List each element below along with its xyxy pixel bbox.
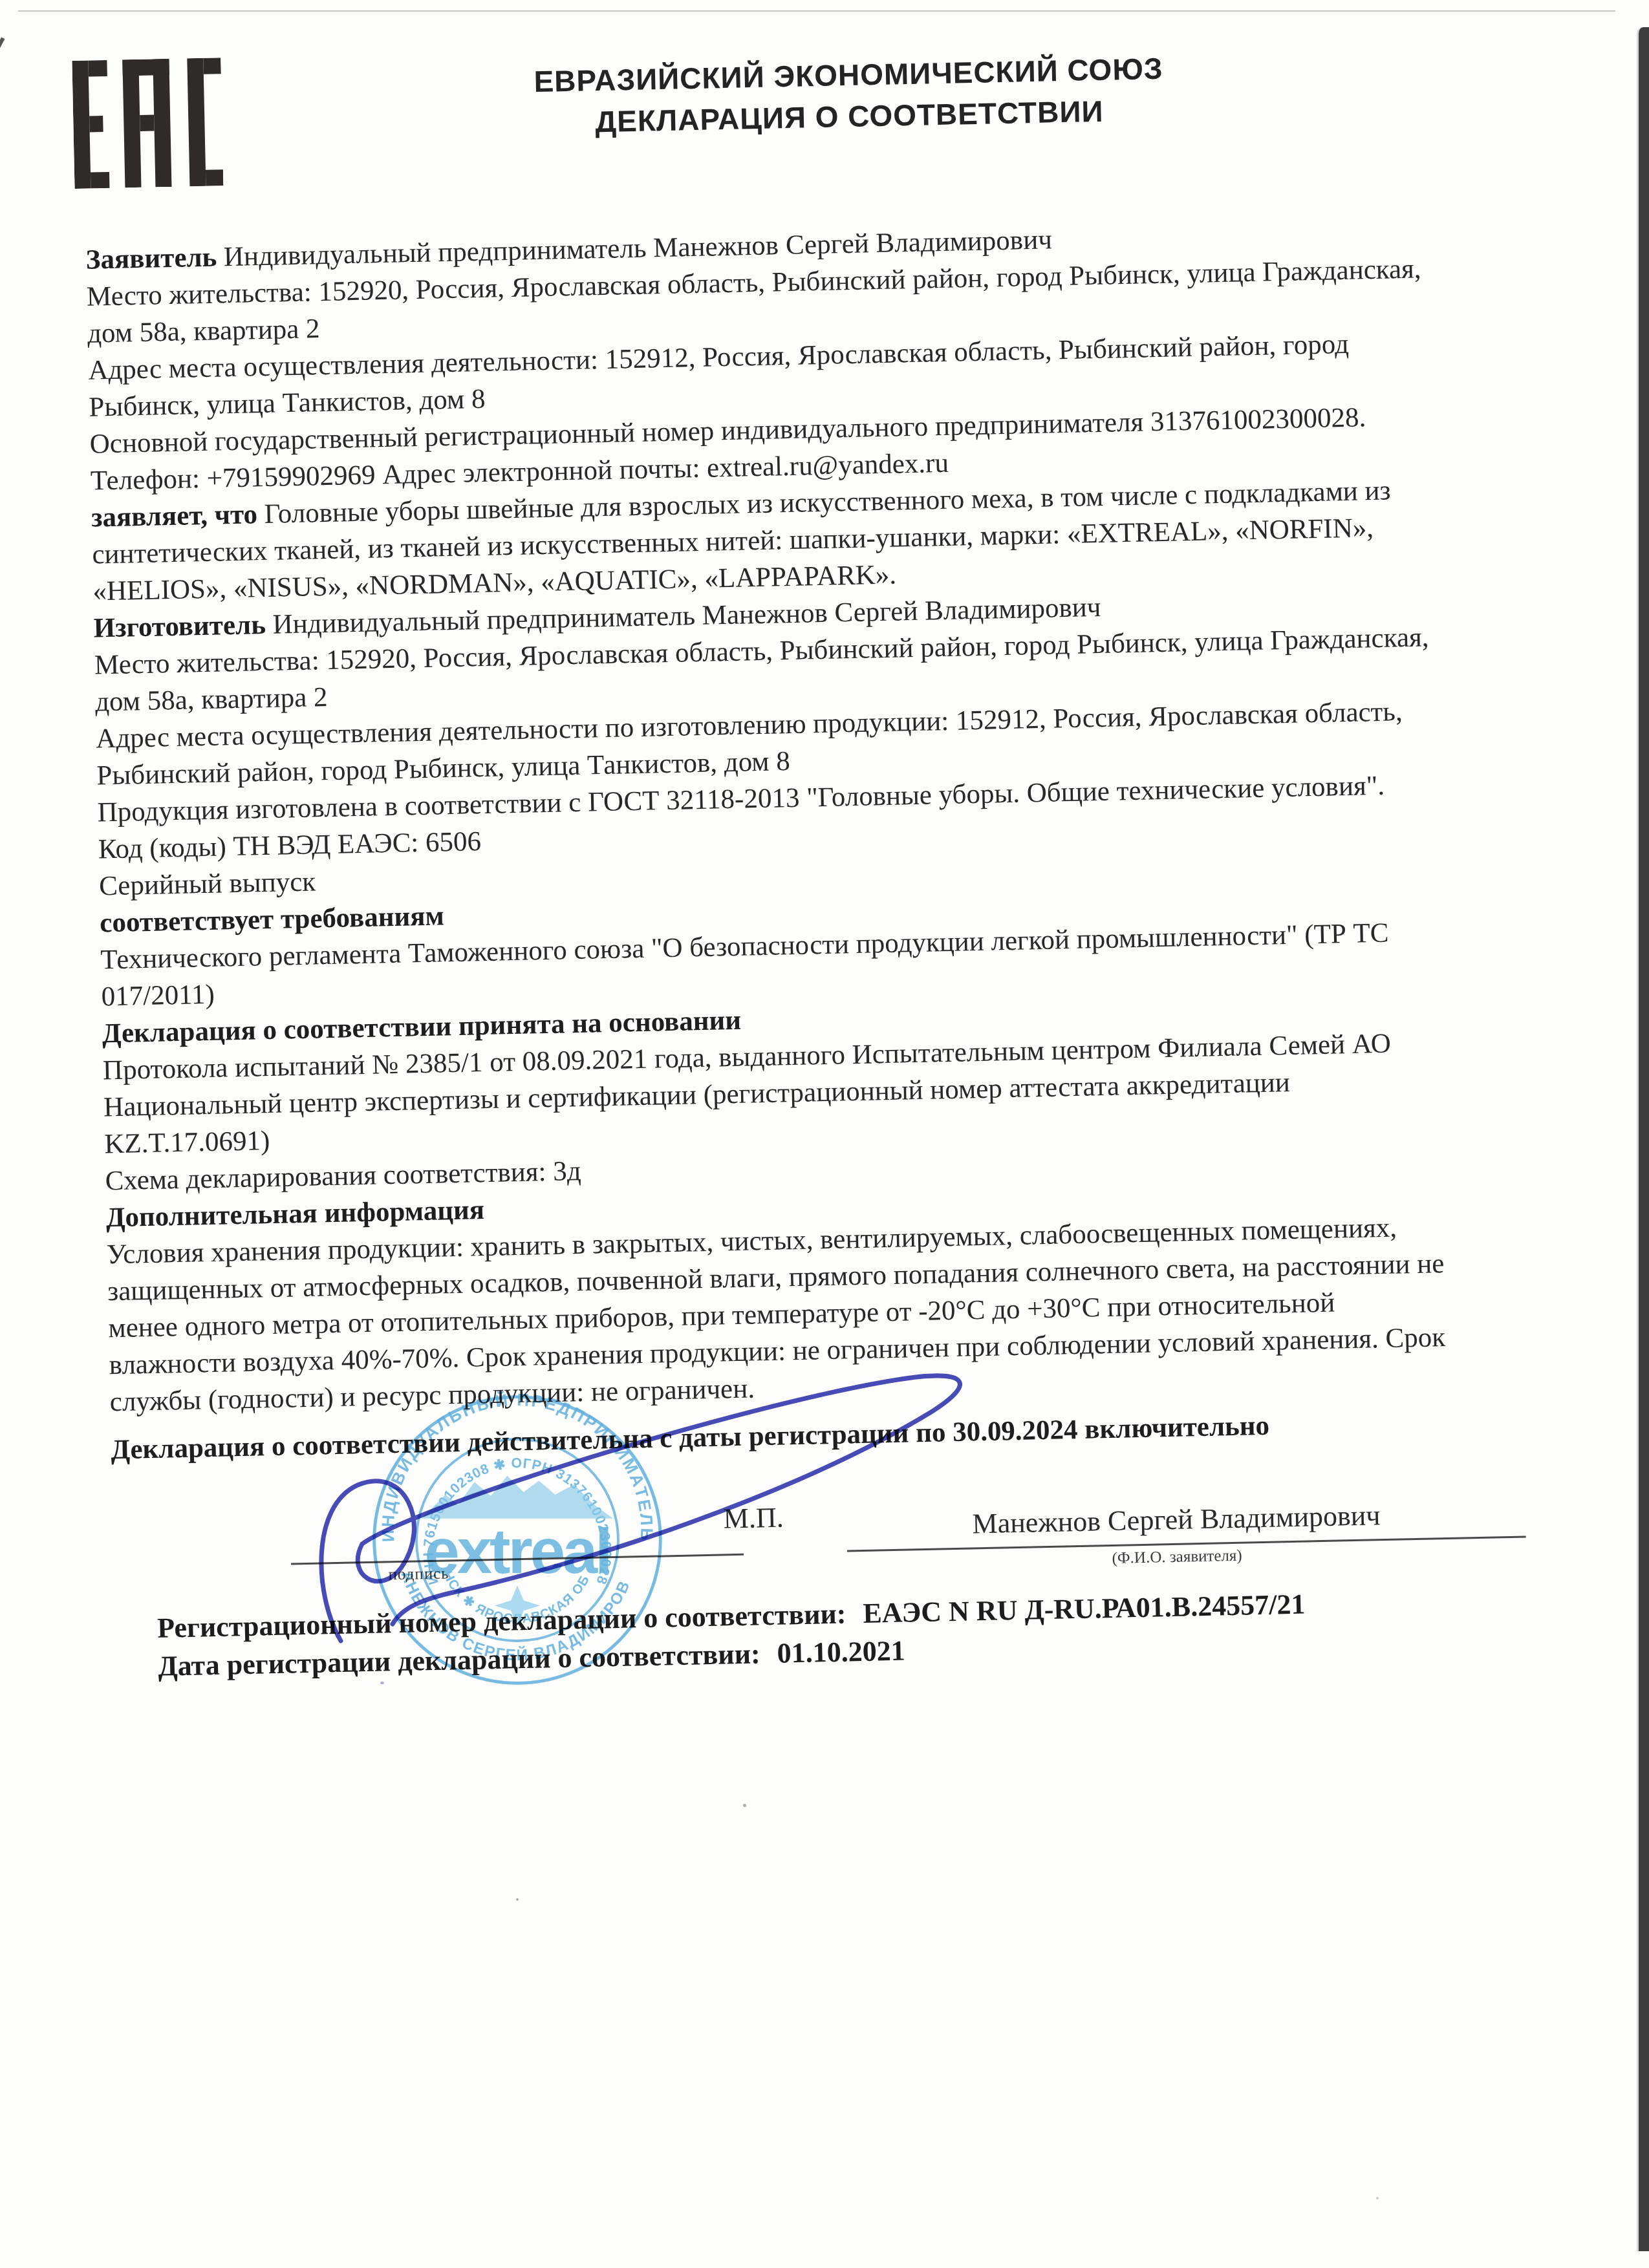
- document-title: ЕВРАЗИЙСКИЙ ЭКОНОМИЧЕСКИЙ СОЮЗ ДЕКЛАРАЦИ…: [202, 41, 1496, 151]
- eac-mark-icon: [72, 58, 223, 189]
- scan-speck: [1376, 2197, 1379, 2199]
- document-body-text: Заявитель Индивидуальный предприниматель…: [85, 210, 1617, 1420]
- scan-speck: [516, 1898, 519, 1901]
- declaration-document-page: ЕВРАЗИЙСКИЙ ЭКОНОМИЧЕСКИЙ СОЮЗ ДЕКЛАРАЦИ…: [0, 0, 1649, 2268]
- signature-stroke: [321, 1376, 960, 1641]
- handwritten-signature: [246, 1325, 1035, 1746]
- scan-artifact-top-line: [18, 10, 1615, 12]
- scan-artifact-right-edge: [1637, 27, 1649, 2251]
- scan-speck: [743, 1804, 746, 1807]
- scan-speck: [380, 1682, 384, 1684]
